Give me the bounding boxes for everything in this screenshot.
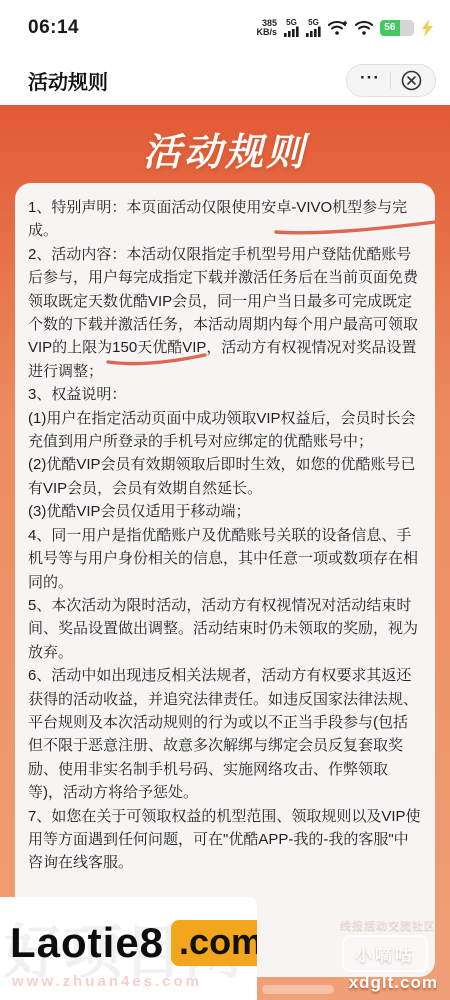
- rule-paragraph: 3、权益说明：: [28, 383, 422, 406]
- rules-text: 1、特别声明：本页面活动仅限使用安卓-VIVO机型参与完成。 2、活动内容：本活…: [28, 196, 422, 875]
- signal-bars-icon: [284, 26, 299, 37]
- rules-card: 1、特别声明：本页面活动仅限使用安卓-VIVO机型参与完成。 2、活动内容：本活…: [15, 183, 435, 977]
- laotie8-watermark: 好项目网 Laotie8 .com www.zhuan4es.com: [0, 897, 257, 1000]
- sim2-signal: 5G: [306, 19, 321, 37]
- watermark-streak: [262, 985, 334, 994]
- nav-bar: 活动规则 ···: [0, 55, 450, 105]
- activity-rules-page: 06:14 385 KB/s 5G 5G: [0, 0, 450, 1000]
- xdglt-site-text: xdglt.com: [349, 973, 438, 993]
- xiaodigu-badge: 小嘀咕: [342, 935, 428, 972]
- charging-icon: [421, 19, 434, 37]
- rule-paragraph: (2)优酷VIP会员有效期领取后即时生效，如您的优酷账号已有VIP会员，会员有效…: [28, 453, 422, 500]
- sim1-label: 5G: [286, 19, 297, 26]
- banner-title: 活动规则: [0, 121, 450, 176]
- wifi-icon: [355, 20, 373, 36]
- rule-paragraph: (3)优酷VIP会员仅适用于移动端；: [28, 500, 422, 523]
- rule-paragraph: 6、活动中如出现违反相关法规者，活动方有权要求其返还获得的活动收益，并追究法律责…: [28, 664, 422, 804]
- rule-paragraph: 4、同一用户是指优酷账户及优酷账号关联的设备信息、手机号等与用户身份相关的信息，…: [28, 524, 422, 594]
- more-menu-button[interactable]: ···: [360, 69, 380, 86]
- sim2-label: 5G: [308, 19, 319, 26]
- rule-paragraph: 2、活动内容：本活动仅限指定手机型号用户登陆优酷账号后参与，用户每完成指定下载并…: [28, 243, 422, 383]
- laotie8-brand-text: Laotie8: [10, 919, 164, 967]
- watermark-url-text: www.zhuan4es.com: [12, 973, 202, 990]
- network-speed-unit: KB/s: [256, 28, 277, 37]
- rule-paragraph: 5、本次活动为限时活动，活动方有权视情况对活动结束时间、奖品设置做出调整。活动结…: [28, 594, 422, 664]
- miniprogram-capsule: ···: [346, 64, 436, 97]
- capsule-divider: [390, 72, 391, 89]
- clock: 06:14: [16, 17, 79, 39]
- sim1-signal: 5G: [284, 19, 299, 37]
- page-title: 活动规则: [14, 66, 108, 95]
- close-button[interactable]: [401, 70, 422, 91]
- xdglt-tagline: 线报活动交流社区: [340, 917, 436, 933]
- gradient-background: 活动规则 1、特别声明：本页面活动仅限使用安卓-VIVO机型参与完成。 2、活动…: [0, 105, 450, 1000]
- rule-paragraph: 7、如您在关于可领取权益的机型范围、领取规则以及VIP使用等方面遇到任何问题，可…: [28, 805, 422, 875]
- rule-paragraph: (1)用户在指定活动页面中成功领取VIP权益后，会员时长会充值到用户所登录的手机…: [28, 407, 422, 454]
- wifi-plus-icon: [328, 20, 348, 36]
- status-bar: 06:14 385 KB/s 5G 5G: [0, 0, 450, 55]
- battery-percent: 56: [384, 22, 395, 33]
- laotie8-com-badge: .com: [171, 920, 257, 966]
- rule-paragraph: 1、特别声明：本页面活动仅限使用安卓-VIVO机型参与完成。: [28, 196, 422, 243]
- signal-bars-icon: [306, 26, 321, 37]
- battery-indicator: 56: [380, 20, 414, 36]
- network-speed: 385 KB/s: [256, 19, 277, 37]
